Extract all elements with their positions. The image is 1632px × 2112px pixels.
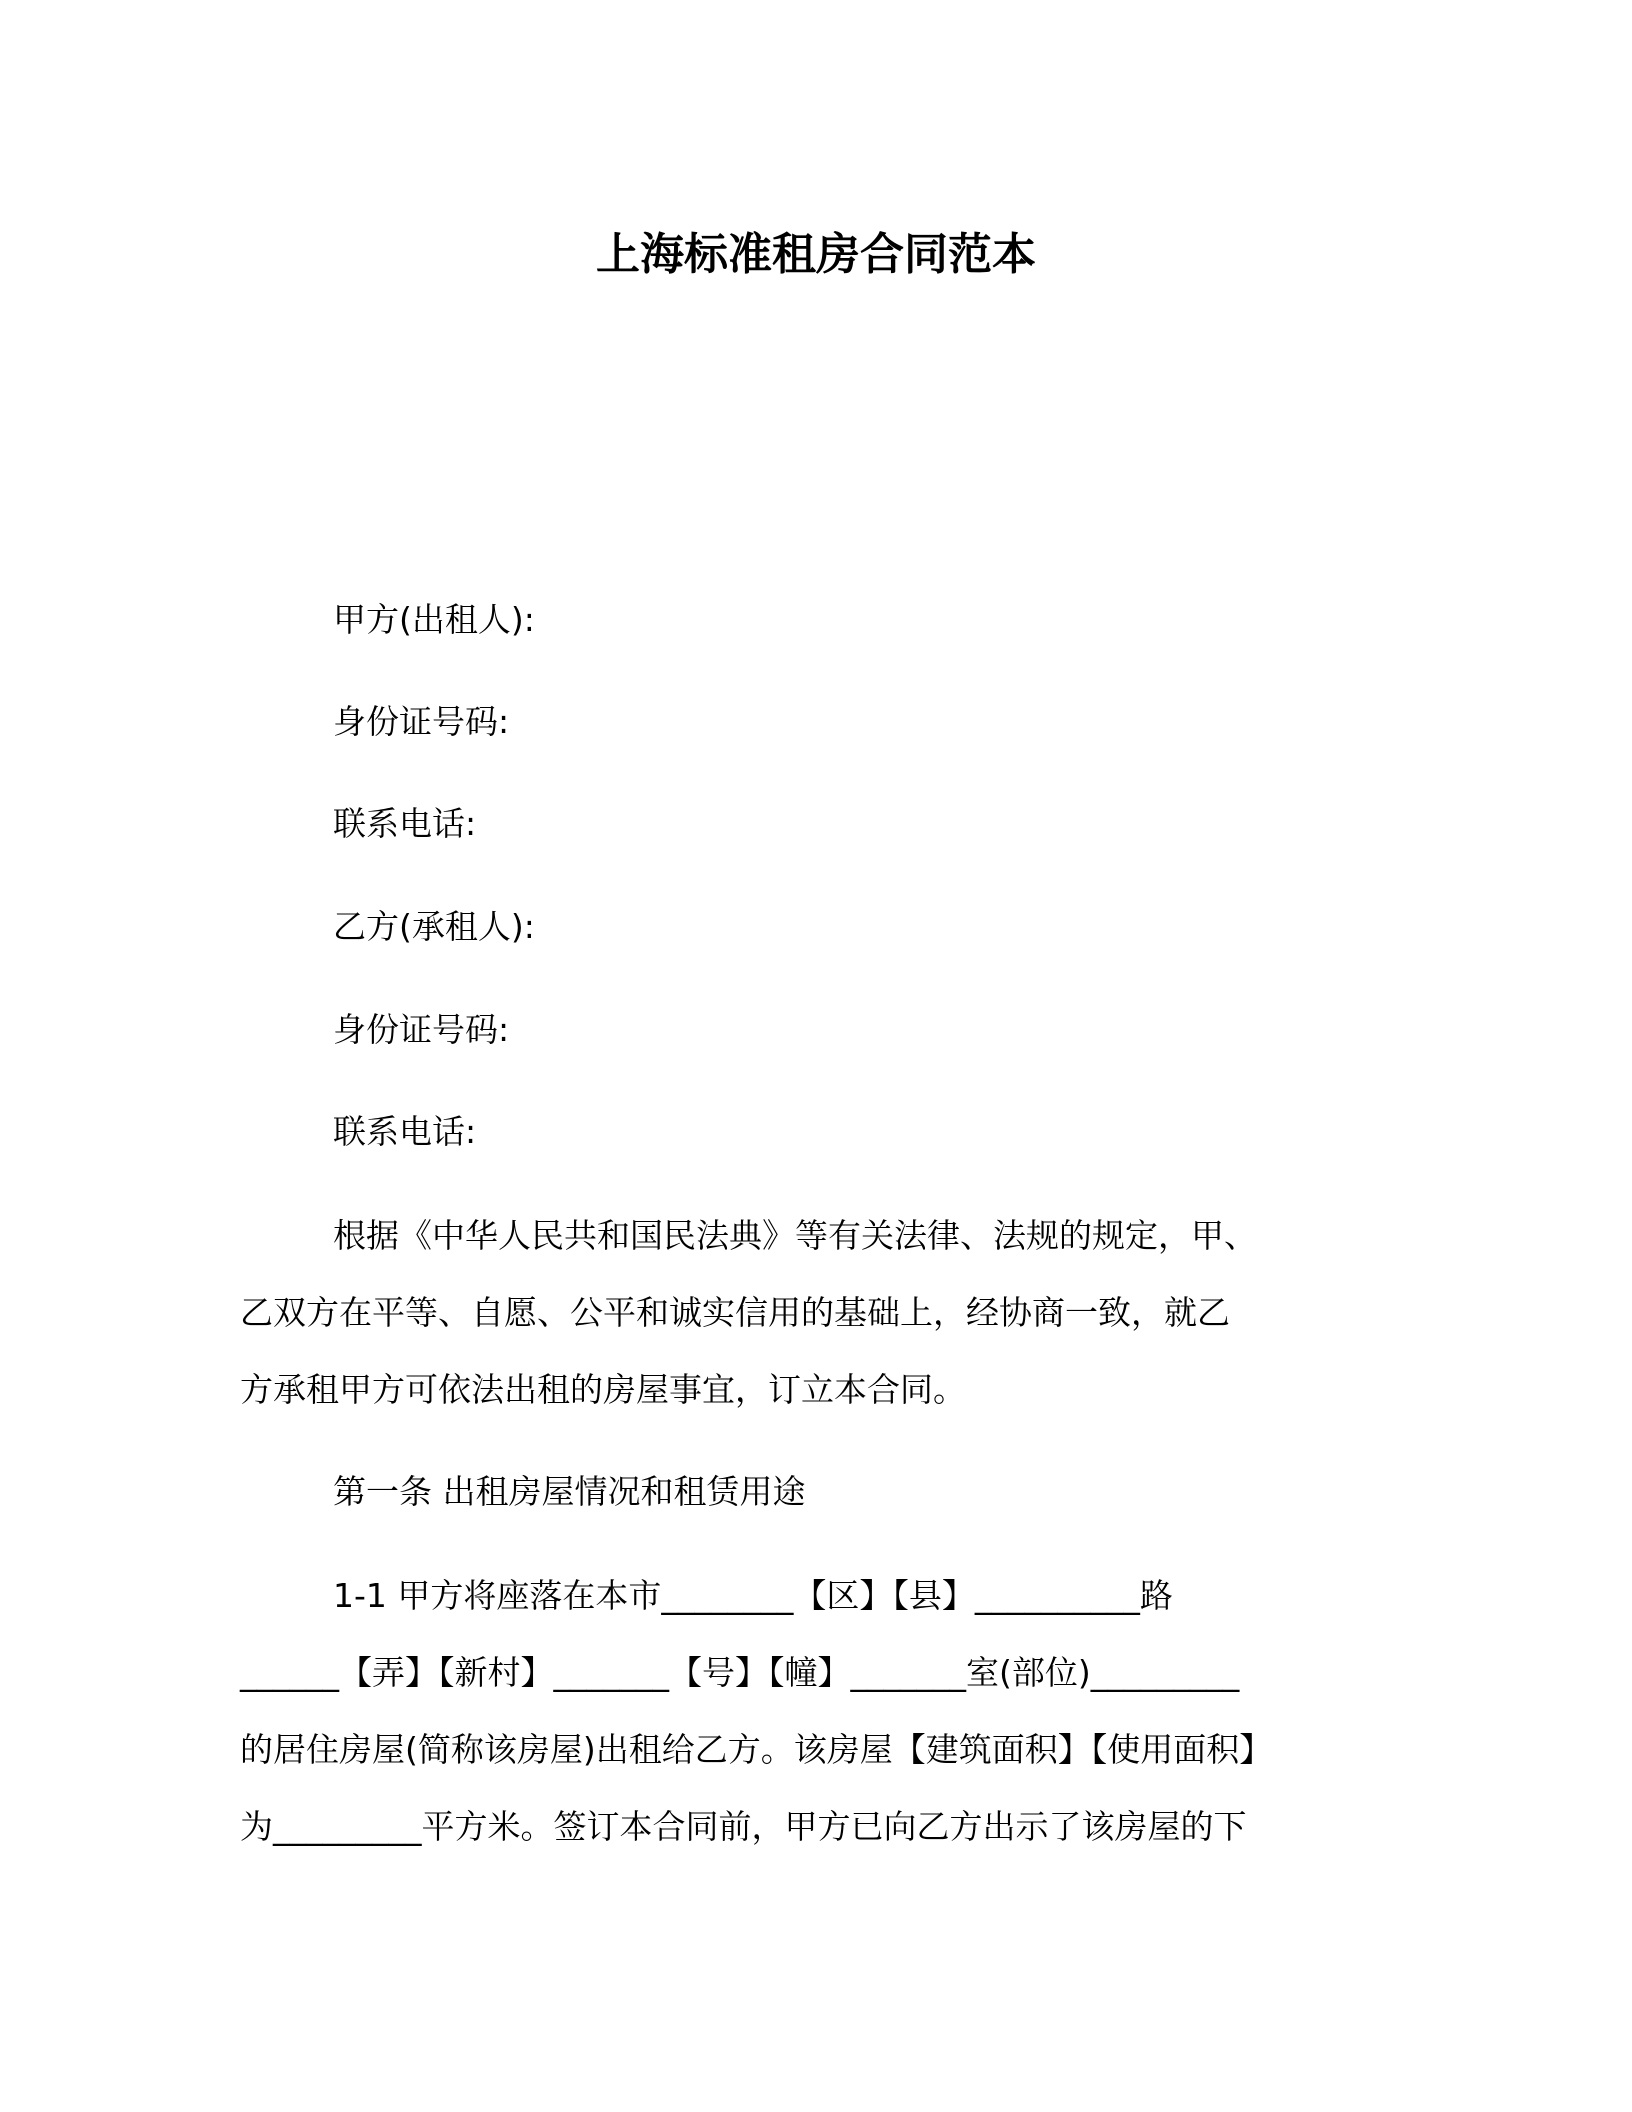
- preamble-line-3: 方承租甲方可依法出租的房屋事宜，订立本合同。: [240, 1370, 966, 1410]
- landlord-phone-label: 联系电话:: [333, 804, 476, 844]
- tenant-phone-label: 联系电话:: [333, 1112, 476, 1152]
- document-title: 上海标准租房合同范本: [0, 218, 1632, 282]
- preamble-line-2: 乙双方在平等、自愿、公平和诚实信用的基础上，经协商一致，就乙: [240, 1293, 1230, 1333]
- landlord-label: 甲方(出租人):: [333, 600, 535, 640]
- clause-1-1-line-3: 的居住房屋(简称该房屋)出租给乙方。该房屋【建筑面积】【使用面积】: [240, 1730, 1272, 1770]
- landlord-id-label: 身份证号码:: [333, 702, 509, 742]
- clause-1-1-line-4: 为_________平方米。签订本合同前，甲方已向乙方出示了该房屋的下: [240, 1807, 1247, 1847]
- article-1-heading: 第一条 出租房屋情况和租赁用途: [333, 1472, 806, 1512]
- tenant-label: 乙方(承租人):: [333, 907, 535, 947]
- preamble-line-1: 根据《中华人民共和国民法典》等有关法律、法规的规定，甲、: [333, 1216, 1257, 1256]
- tenant-id-label: 身份证号码:: [333, 1010, 509, 1050]
- clause-1-1-line-2: ______【弄】【新村】_______【号】【幢】_______室(部位)__…: [240, 1653, 1239, 1693]
- clause-1-1-line-1: 1-1 甲方将座落在本市________【区】【县】__________路: [333, 1576, 1173, 1616]
